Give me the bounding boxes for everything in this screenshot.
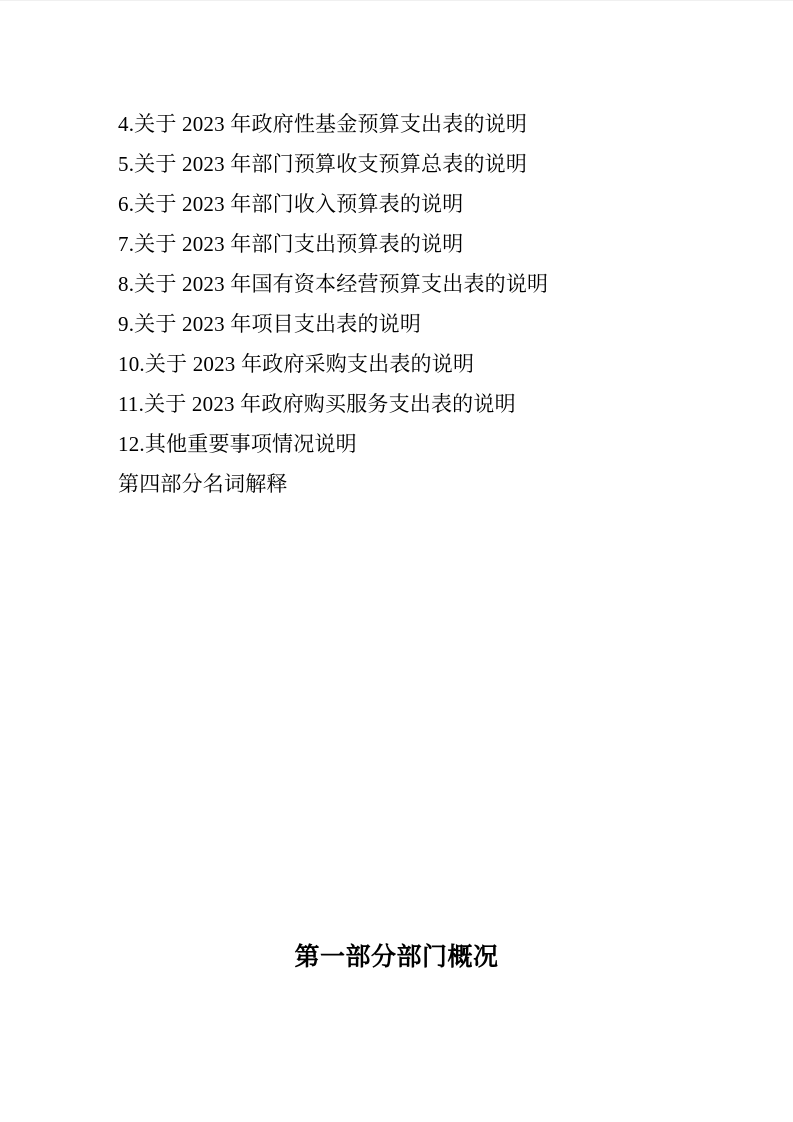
table-of-contents: 4.关于 2023 年政府性基金预算支出表的说明 5.关于 2023 年部门预算…	[118, 104, 733, 504]
toc-item: 11.关于 2023 年政府购买服务支出表的说明	[118, 384, 733, 424]
toc-item: 10.关于 2023 年政府采购支出表的说明	[118, 344, 733, 384]
toc-item: 6.关于 2023 年部门收入预算表的说明	[118, 184, 733, 224]
section-heading: 第一部分部门概况	[0, 941, 793, 974]
toc-item: 7.关于 2023 年部门支出预算表的说明	[118, 224, 733, 264]
toc-item: 第四部分名词解释	[118, 464, 733, 504]
toc-item: 5.关于 2023 年部门预算收支预算总表的说明	[118, 144, 733, 184]
toc-item: 12.其他重要事项情况说明	[118, 424, 733, 464]
document-page: 4.关于 2023 年政府性基金预算支出表的说明 5.关于 2023 年部门预算…	[0, 0, 793, 1122]
toc-item: 9.关于 2023 年项目支出表的说明	[118, 304, 733, 344]
toc-item: 8.关于 2023 年国有资本经营预算支出表的说明	[118, 264, 733, 304]
toc-item: 4.关于 2023 年政府性基金预算支出表的说明	[118, 104, 733, 144]
